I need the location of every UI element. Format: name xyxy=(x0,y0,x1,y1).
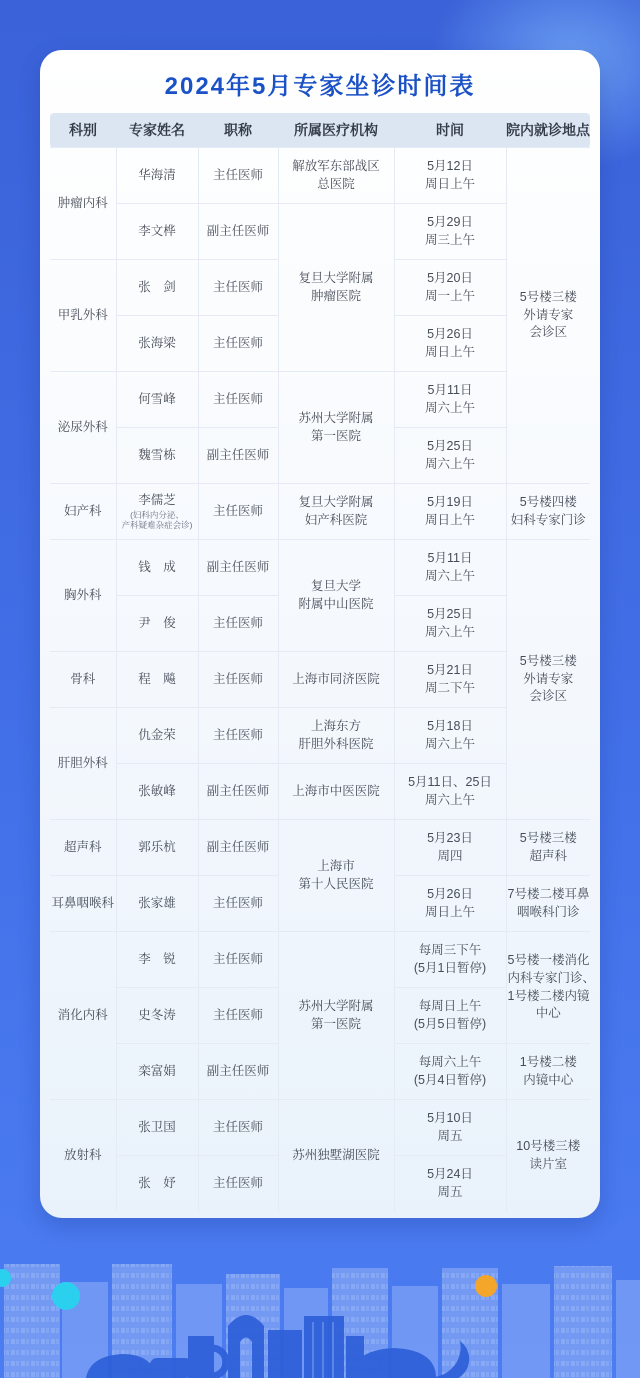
doctor-name-cell: 李文桦 xyxy=(116,204,198,260)
time-cell: 5月12日周日上午 xyxy=(394,148,506,204)
column-header-3: 所属医疗机构 xyxy=(278,113,394,148)
orange-dot xyxy=(475,1275,497,1297)
job-title-cell: 主任医师 xyxy=(198,932,278,988)
job-title-cell: 副主任医师 xyxy=(198,1044,278,1100)
column-header-2: 职称 xyxy=(198,113,278,148)
hospital-cell: 复旦大学附属妇产科医院 xyxy=(278,484,394,540)
doctor-name-cell: 李儒芝(妇科内分泌、产科疑难杂症会诊) xyxy=(116,484,198,540)
job-title-cell: 主任医师 xyxy=(198,708,278,764)
location-cell: 5号楼三楼外请专家会诊区 xyxy=(506,148,590,484)
city-skyline-illustration xyxy=(0,1238,640,1378)
hospital-cell: 复旦大学附属肿瘤医院 xyxy=(278,204,394,372)
doctor-name-cell: 栾富娟 xyxy=(116,1044,198,1100)
job-title-cell: 主任医师 xyxy=(198,1156,278,1212)
doctor-name-cell: 张家雄 xyxy=(116,876,198,932)
department-cell: 肿瘤内科 xyxy=(50,148,116,260)
doctor-name-cell: 张 剑 xyxy=(116,260,198,316)
doctor-name-cell: 魏雪栋 xyxy=(116,428,198,484)
doctor-name-cell: 程 飚 xyxy=(116,652,198,708)
time-cell: 每周六上午(5月4日暂停) xyxy=(394,1044,506,1100)
location-cell: 1号楼二楼内镜中心 xyxy=(506,1044,590,1100)
time-cell: 每周三下午(5月1日暂停) xyxy=(394,932,506,988)
department-cell: 放射科 xyxy=(50,1100,116,1212)
department-cell: 骨科 xyxy=(50,652,116,708)
department-cell: 超声科 xyxy=(50,820,116,876)
hospital-cell: 上海市中医医院 xyxy=(278,764,394,820)
doctor-name-cell: 钱 成 xyxy=(116,540,198,596)
department-cell: 消化内科 xyxy=(50,932,116,1100)
time-cell: 5月25日周六上午 xyxy=(394,428,506,484)
doctor-name-cell: 张敏峰 xyxy=(116,764,198,820)
location-cell: 10号楼三楼读片室 xyxy=(506,1100,590,1212)
time-cell: 5月25日周六上午 xyxy=(394,596,506,652)
doctor-name-cell: 李 锐 xyxy=(116,932,198,988)
hospital-cell: 上海市第十人民医院 xyxy=(278,820,394,932)
time-cell: 5月18日周六上午 xyxy=(394,708,506,764)
job-title-cell: 主任医师 xyxy=(198,652,278,708)
job-title-cell: 主任医师 xyxy=(198,484,278,540)
column-header-5: 院内就诊地点 xyxy=(506,113,590,148)
time-cell: 5月23日周四 xyxy=(394,820,506,876)
doctor-name-cell: 仇金荣 xyxy=(116,708,198,764)
hospital-cell: 苏州独墅湖医院 xyxy=(278,1100,394,1212)
column-header-4: 时间 xyxy=(394,113,506,148)
location-cell: 5号楼三楼外请专家会诊区 xyxy=(506,540,590,820)
job-title-cell: 副主任医师 xyxy=(198,540,278,596)
time-cell: 5月11日周六上午 xyxy=(394,372,506,428)
job-title-cell: 主任医师 xyxy=(198,988,278,1044)
table-row: 消化内科李 锐主任医师苏州大学附属第一医院每周三下午(5月1日暂停)5号楼一楼消… xyxy=(50,932,590,988)
job-title-cell: 副主任医师 xyxy=(198,820,278,876)
job-title-cell: 主任医师 xyxy=(198,1100,278,1156)
doctor-name-cell: 郭乐杭 xyxy=(116,820,198,876)
table-row: 胸外科钱 成副主任医师复旦大学附属中山医院5月11日周六上午5号楼三楼外请专家会… xyxy=(50,540,590,596)
time-cell: 5月20日周一上午 xyxy=(394,260,506,316)
time-cell: 5月21日周二下午 xyxy=(394,652,506,708)
table-row: 肿瘤内科华海清主任医师解放军东部战区总医院5月12日周日上午5号楼三楼外请专家会… xyxy=(50,148,590,204)
location-cell: 5号楼三楼超声科 xyxy=(506,820,590,876)
table-header-row: 科别专家姓名职称所属医疗机构时间院内就诊地点 xyxy=(50,113,590,148)
column-header-1: 专家姓名 xyxy=(116,113,198,148)
job-title-cell: 主任医师 xyxy=(198,596,278,652)
department-cell: 肝胆外科 xyxy=(50,708,116,820)
doctor-name-cell: 史冬涛 xyxy=(116,988,198,1044)
time-cell: 5月19日周日上午 xyxy=(394,484,506,540)
doctor-name-cell: 张 妤 xyxy=(116,1156,198,1212)
location-cell: 5号楼一楼消化内科专家门诊、1号楼二楼内镜中心 xyxy=(506,932,590,1044)
job-title-cell: 主任医师 xyxy=(198,148,278,204)
job-title-cell: 副主任医师 xyxy=(198,764,278,820)
time-cell: 5月29日周三上午 xyxy=(394,204,506,260)
job-title-cell: 主任医师 xyxy=(198,260,278,316)
time-cell: 5月26日周日上午 xyxy=(394,876,506,932)
department-cell: 泌尿外科 xyxy=(50,372,116,484)
job-title-cell: 副主任医师 xyxy=(198,428,278,484)
hospital-cell: 苏州大学附属第一医院 xyxy=(278,932,394,1100)
schedule-table: 科别专家姓名职称所属医疗机构时间院内就诊地点 肿瘤内科华海清主任医师解放军东部战… xyxy=(50,113,590,1212)
hospital-cell: 复旦大学附属中山医院 xyxy=(278,540,394,652)
department-cell: 妇产科 xyxy=(50,484,116,540)
job-title-cell: 主任医师 xyxy=(198,876,278,932)
time-cell: 5月26日周日上午 xyxy=(394,316,506,372)
hospital-cell: 上海东方肝胆外科医院 xyxy=(278,708,394,764)
table-row: 妇产科李儒芝(妇科内分泌、产科疑难杂症会诊)主任医师复旦大学附属妇产科医院5月1… xyxy=(50,484,590,540)
time-cell: 5月10日周五 xyxy=(394,1100,506,1156)
hospital-cell: 解放军东部战区总医院 xyxy=(278,148,394,204)
column-header-0: 科别 xyxy=(50,113,116,148)
table-row: 放射科张卫国主任医师苏州独墅湖医院5月10日周五10号楼三楼读片室 xyxy=(50,1100,590,1156)
hospital-cell: 上海市同济医院 xyxy=(278,652,394,708)
low-slab-building xyxy=(150,1358,192,1378)
location-cell: 7号楼二楼耳鼻咽喉科门诊 xyxy=(506,876,590,932)
doctor-name-cell: 张海梁 xyxy=(116,316,198,372)
time-cell: 5月24日周五 xyxy=(394,1156,506,1212)
page-title: 2024年5月专家坐诊时间表 xyxy=(40,66,600,101)
table-row: 超声科郭乐杭副主任医师上海市第十人民医院5月23日周四5号楼三楼超声科 xyxy=(50,820,590,876)
doctor-name-cell: 尹 俊 xyxy=(116,596,198,652)
location-cell: 5号楼四楼妇科专家门诊 xyxy=(506,484,590,540)
job-title-cell: 主任医师 xyxy=(198,316,278,372)
hospital-cell: 苏州大学附属第一医院 xyxy=(278,372,394,484)
department-cell: 甲乳外科 xyxy=(50,260,116,372)
schedule-card: 2024年5月专家坐诊时间表 科别专家姓名职称所属医疗机构时间院内就诊地点 肿瘤… xyxy=(40,50,600,1218)
job-title-cell: 副主任医师 xyxy=(198,204,278,260)
cyan-dot xyxy=(52,1282,80,1310)
doctor-name-cell: 华海清 xyxy=(116,148,198,204)
doctor-name-cell: 何雪峰 xyxy=(116,372,198,428)
doctor-name-cell: 张卫国 xyxy=(116,1100,198,1156)
department-cell: 胸外科 xyxy=(50,540,116,652)
job-title-cell: 主任医师 xyxy=(198,372,278,428)
office-block-1 xyxy=(268,1330,302,1378)
page-background: 2024年5月专家坐诊时间表 科别专家姓名职称所属医疗机构时间院内就诊地点 肿瘤… xyxy=(0,0,640,1378)
time-cell: 5月11日、25日周六上午 xyxy=(394,764,506,820)
time-cell: 5月11日周六上午 xyxy=(394,540,506,596)
department-cell: 耳鼻咽喉科 xyxy=(50,876,116,932)
time-cell: 每周日上午(5月5日暂停) xyxy=(394,988,506,1044)
